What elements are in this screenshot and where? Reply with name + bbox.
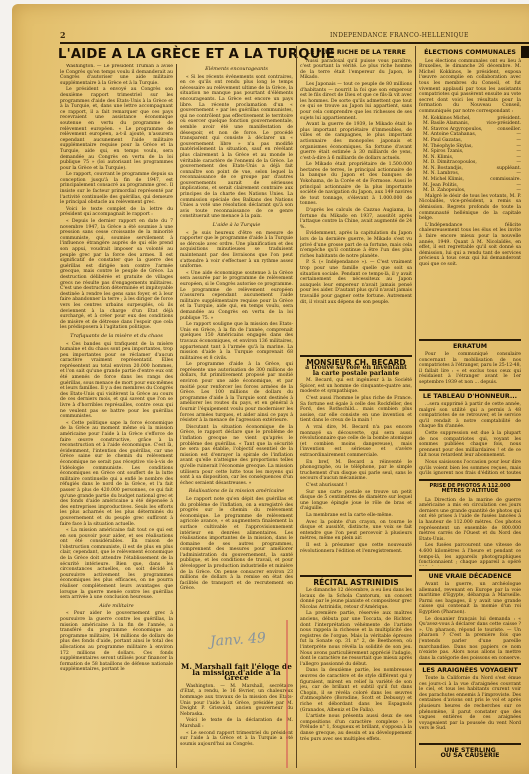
paragraph: Evidemment, après la capitulation du Jap… bbox=[300, 231, 412, 259]
honneur-headline: LE TABLEAU D'HONNEUR... bbox=[419, 394, 521, 400]
paragraph: M. Becard, qui est ingénieur à la Sociét… bbox=[300, 378, 412, 395]
elections-article: ÉLECTIONS COMMUNALES Les élections commu… bbox=[419, 48, 521, 336]
paragraph: « Ces bandes qui trafiquent de la misère… bbox=[60, 342, 173, 420]
photos-headline: PRISE DE PHOTOS A 112.000 MÈTRES D'ALTIT… bbox=[419, 484, 521, 495]
mikado-article: LE PLUS RICHE DE LA TERRE Aussi paradoxa… bbox=[300, 48, 412, 348]
paragraph: Les Japonais — tout ce peuple de 80 mill… bbox=[300, 82, 412, 121]
becard-article: MONSIEUR CH. BECARD a trouvé sa voie en … bbox=[300, 352, 412, 572]
paragraph: La première partie, réservée aux maîtres… bbox=[300, 611, 412, 667]
subheading: Trafiquants de la misère et du chaos bbox=[60, 334, 173, 340]
marshall-headline: M. Marshall fait l'éloge de la mission d… bbox=[180, 664, 293, 681]
paragraph: La membrane est la carte elle-même. bbox=[300, 513, 412, 519]
paragraph: Discutant la situation économique de la … bbox=[180, 425, 293, 487]
paragraph: Nous saisissons l'occasion pour leur dir… bbox=[419, 460, 521, 476]
council-members-list: M. Kokkinos Michel,président.M. Basile A… bbox=[419, 116, 521, 194]
paragraph: « La mission américaine fait tout ce qui… bbox=[60, 528, 173, 601]
paragraph: Voici le texte de la déclaration de M. M… bbox=[180, 718, 293, 729]
araignees-article: LES ARAIGNÉES VOYAGENT Toute la Californ… bbox=[419, 660, 521, 740]
paragraph: A vrai dire, M. Becard n'a pas encore mo… bbox=[300, 425, 412, 459]
paragraph: Dans la deuxième partie, les nombreuses … bbox=[300, 668, 412, 713]
column-divider bbox=[296, 46, 297, 768]
paragraph: Le programme d'aide à la Grèce, qui repr… bbox=[180, 362, 293, 424]
paragraph: Les fusées parcourent une vitesse de 4.6… bbox=[419, 543, 521, 566]
paragraph: Le rapport note qu'en dépit des guérilla… bbox=[180, 497, 293, 592]
paragraph: Avant la guerre, un archéologue allemand… bbox=[419, 582, 521, 616]
paragraph: C'est aussi l'homme le plus riche de Fra… bbox=[300, 396, 412, 424]
paragraph: Sur une carte postale se trouve un petit… bbox=[300, 490, 412, 512]
araignees-body: Toute la Californie du Nord s'est émue c… bbox=[419, 676, 521, 732]
erratum-headline: ERRATUM bbox=[419, 344, 521, 350]
paragraph: Il est à présumer que cette nouveauté ré… bbox=[300, 543, 412, 554]
header-rule bbox=[60, 42, 529, 44]
cut-off-headline bbox=[521, 46, 529, 58]
paragraph: Le rapport souligne que la mission des E… bbox=[180, 322, 293, 361]
decadence-article: UNE VRAIE DÉCADENCE Avant la guerre, un … bbox=[419, 566, 521, 660]
sterling-headline-2: OU SA CAUSERIE bbox=[419, 753, 521, 759]
paragraph: « Cette politique sape la force économiq… bbox=[60, 421, 173, 527]
elections-intro: Les élections communales ont eu lieu à B… bbox=[419, 59, 521, 115]
recital-article: RÉCITAL ASTRINIDIS Le dimanche 12 décemb… bbox=[300, 572, 412, 768]
paragraph: ...sera supprimé à partir de cette année… bbox=[419, 402, 521, 430]
paragraph: Avant la guerre de 1939, le Mikado était… bbox=[300, 122, 412, 161]
paragraph: En bref, M. Becard a réinventé le phonog… bbox=[300, 460, 412, 482]
sterling-article: UNE STERLING OU SA CAUSERIE bbox=[419, 740, 521, 768]
red-pencil-mark bbox=[286, 620, 288, 768]
paragraph: Voici le texte complet de la lettre du p… bbox=[60, 207, 173, 218]
newspaper-name: INDEPENDANCE FRANCO-HELLENIQUE bbox=[330, 32, 469, 39]
paragraph: P. S. (« Indépendance »). — C'est vraime… bbox=[300, 260, 412, 305]
paragraph: « Depuis le dernier rapport en date du 7… bbox=[60, 219, 173, 331]
subheading: L'aide à la Turquie bbox=[180, 223, 293, 229]
main-article-column-2: Eléments encourageants « Si les récents … bbox=[180, 64, 293, 594]
paragraph: Malgré le désir de tous les votants, M. … bbox=[419, 194, 521, 222]
paragraph: Washington. — Le président Truman a avis… bbox=[60, 64, 173, 86]
main-headline: L'AIDE A LA GRÈCE ET A LA TURQUIE bbox=[58, 46, 298, 62]
page-number: 2 bbox=[60, 30, 66, 40]
column-divider bbox=[176, 64, 177, 768]
paragraph: « Le second rapport trimestriel du prési… bbox=[180, 731, 293, 748]
subheading: Aide militaire bbox=[60, 604, 173, 610]
paragraph: La Direction de la marine de guerre amér… bbox=[419, 498, 521, 543]
erratum-article: ERRATUM Pour le communiqué consulaire co… bbox=[419, 336, 521, 386]
paragraph: Avec la pointe d'un crayon, on tourne le… bbox=[300, 520, 412, 542]
decadence-headline: UNE VRAIE DÉCADENCE bbox=[419, 574, 521, 580]
becard-headline-3: la carte postale parlante bbox=[300, 371, 412, 377]
erratum-body: Pour le communiqué consulaire concernant… bbox=[419, 352, 521, 386]
paragraph: L'artiste nous présenta aussi deux de se… bbox=[300, 714, 412, 742]
araignees-headline: LES ARAIGNÉES VOYAGENT bbox=[419, 668, 521, 674]
honneur-article: LE TABLEAU D'HONNEUR... ...sera supprimé… bbox=[419, 386, 521, 476]
column-divider bbox=[415, 46, 416, 768]
running-header: 2 INDEPENDANCE FRANCO-HELLENIQUE bbox=[60, 30, 529, 42]
paragraph: Cette suppression est due à la plupart d… bbox=[419, 431, 521, 459]
subheading: Réalisations de la mission américaine bbox=[180, 489, 293, 495]
elections-headline: ÉLECTIONS COMMUNALES bbox=[419, 50, 521, 56]
paragraph: Aussi paradoxal qu'il puisse vous paraît… bbox=[300, 59, 412, 81]
recital-headline: RÉCITAL ASTRINIDIS bbox=[300, 580, 412, 586]
subheading: Eléments encourageants bbox=[180, 67, 293, 73]
paragraph: « Une aide économique soutenue à la Grèc… bbox=[180, 271, 293, 321]
paragraph: Le douanier français lui demanda : « Qu'… bbox=[419, 617, 521, 660]
mikado-headline: LE PLUS RICHE DE LA TERRE bbox=[300, 50, 412, 56]
marshall-article: M. Marshall fait l'éloge de la mission d… bbox=[180, 662, 293, 768]
paragraph: Le dimanche 12 décembre, a eu lieu dans … bbox=[300, 588, 412, 610]
paragraph: L'Indépendance félicite chaleureusement … bbox=[419, 223, 521, 268]
paragraph: C'est ahurissant ! bbox=[300, 483, 412, 489]
paragraph: « Je suis heureux d'être en mesure de ra… bbox=[180, 231, 293, 270]
paragraph: Le rapport, couvrant le programme depuis… bbox=[60, 172, 173, 206]
paragraph: « Pour aider le gouvernement grec à pour… bbox=[60, 611, 173, 673]
paragraph: Le président a envoyé au Congrès son deu… bbox=[60, 87, 173, 171]
paragraph: « Si les récents événements sont contrai… bbox=[180, 75, 293, 220]
paragraph: Washington. — M. Marshall, secrétaire d'… bbox=[180, 684, 293, 718]
paragraph: D'après les calculs de Cazzuo Augiama, l… bbox=[300, 208, 412, 230]
paragraph: Le Mikado était propriétaire de 1.500.00… bbox=[300, 162, 412, 207]
main-article-column-1: Washington. — Le président Truman a avis… bbox=[60, 64, 173, 768]
photos-article: PRISE DE PHOTOS A 112.000 MÈTRES D'ALTIT… bbox=[419, 476, 521, 566]
